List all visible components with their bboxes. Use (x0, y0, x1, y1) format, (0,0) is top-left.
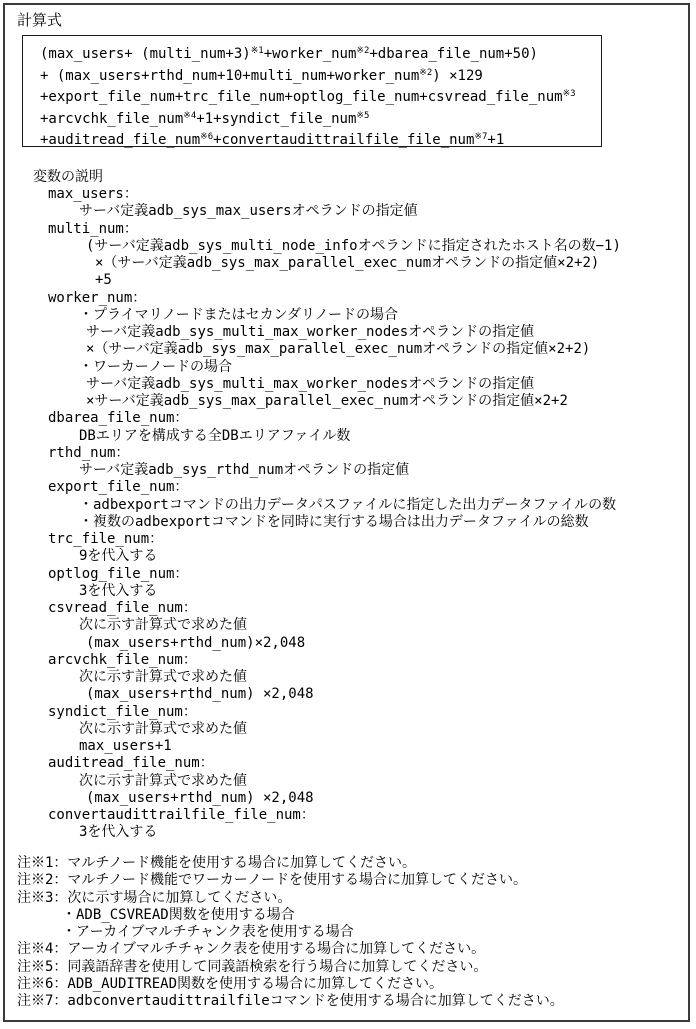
variable-line: 次に示す計算式で求めた値 (0, 773, 696, 790)
note-line: 注※6：ADB_AUDITREAD関数を使用する場合に加算してください。 (0, 976, 696, 993)
page-title: 計算式 (17, 9, 62, 30)
footnote-marker: ※3 (563, 89, 576, 99)
variable-line: 9を代入する (0, 548, 696, 565)
variable-line: (サーバ定義adb_sys_multi_node_infoオペランドに指定された… (0, 238, 696, 255)
footnote-marker: ※1 (251, 46, 264, 56)
formula-text: +export_file_num+trc_file_num+optlog_fil… (40, 89, 563, 105)
variable-line: (max_users+rthd_num) ×2,048 (0, 790, 696, 807)
variable-line: csvread_file_num： (0, 600, 696, 617)
variable-line: export_file_num： (0, 479, 696, 496)
variable-line: 次に示す計算式で求めた値 (0, 721, 696, 738)
variables-list: max_users：サーバ定義adb_sys_max_usersオペランドの指定… (0, 186, 696, 842)
footnote-marker: ※2 (356, 46, 369, 56)
variable-line: 次に示す計算式で求めた値 (0, 669, 696, 686)
formula-line: (max_users+ (multi_num+3)※1+worker_num※2… (40, 45, 601, 67)
variable-line: サーバ定義adb_sys_max_usersオペランドの指定値 (0, 203, 696, 220)
variables-heading: 変数の説明 (33, 166, 103, 186)
variable-line: trc_file_num： (0, 531, 696, 548)
variable-line: サーバ定義adb_sys_multi_max_worker_nodesオペランド… (0, 376, 696, 393)
formula-text: +convertaudittrailfile_file_num (213, 132, 474, 148)
notes-list: 注※1：マルチノード機能を使用する場合に加算してください。注※2：マルチノード機… (0, 855, 696, 1010)
footnote-marker: ※7 (474, 132, 487, 142)
variable-line: worker_num： (0, 290, 696, 307)
formula-text: +auditread_file_num (40, 132, 200, 148)
variable-line: ・プライマリノードまたはセカンダリノードの場合 (0, 307, 696, 324)
formula-line: +auditread_file_num※6+convertaudittrailf… (40, 131, 601, 153)
formula-text: + (max_users+rthd_num+10+multi_num+worke… (40, 68, 419, 84)
note-line: 注※3：次に示す場合に加算してください。 (0, 890, 696, 907)
formula-line: +arcvchk_file_num※4+1+syndict_file_num※5 (40, 110, 601, 132)
variable-line: convertaudittrailfile_file_num： (0, 807, 696, 824)
formula-text: ) ×129 (432, 68, 483, 84)
variable-line: max_users+1 (0, 738, 696, 755)
variable-line: 次に示す計算式で求めた値 (0, 617, 696, 634)
document-page: 計算式 (max_users+ (multi_num+3)※1+worker_n… (0, 0, 696, 1029)
note-line: 注※1：マルチノード機能を使用する場合に加算してください。 (0, 855, 696, 872)
variable-line: optlog_file_num： (0, 566, 696, 583)
variable-line: サーバ定義adb_sys_rthd_numオペランドの指定値 (0, 462, 696, 479)
formula-text: (max_users+ (multi_num+3) (40, 46, 251, 62)
footnote-marker: ※4 (183, 111, 196, 121)
formula-line: +export_file_num+trc_file_num+optlog_fil… (40, 88, 601, 110)
note-line: 注※5：同義語辞書を使用して同義語検索を行う場合に加算してください。 (0, 959, 696, 976)
variable-line: DBエリアを構成する全DBエリアファイル数 (0, 428, 696, 445)
variable-line: ・ワーカーノードの場合 (0, 359, 696, 376)
variable-line: ・複数のadbexportコマンドを同時に実行する場合は出力データファイルの総数 (0, 514, 696, 531)
note-line: 注※2：マルチノード機能でワーカーノードを使用する場合に加算してください。 (0, 872, 696, 889)
formula-line: + (max_users+rthd_num+10+multi_num+worke… (40, 67, 601, 89)
note-line: 注※4：アーカイブマルチチャンク表を使用する場合に加算してください。 (0, 941, 696, 958)
variable-line: 3を代入する (0, 583, 696, 600)
footnote-marker: ※2 (419, 68, 432, 78)
variable-line: ×（サーバ定義adb_sys_max_parallel_exec_numオペラン… (0, 255, 696, 272)
variable-line: ×サーバ定義adb_sys_max_parallel_exec_numオペランド… (0, 393, 696, 410)
footnote-marker: ※5 (356, 111, 369, 121)
formula-text: +worker_num (264, 46, 357, 62)
variable-line: dbarea_file_num： (0, 410, 696, 427)
formula-text: +arcvchk_file_num (40, 111, 183, 127)
variable-line: 3を代入する (0, 824, 696, 841)
variable-line: rthd_num： (0, 445, 696, 462)
variable-line: サーバ定義adb_sys_multi_max_worker_nodesオペランド… (0, 324, 696, 341)
variable-line: max_users： (0, 186, 696, 203)
variable-line: multi_num： (0, 221, 696, 238)
variable-line: +5 (0, 272, 696, 289)
variable-line: arcvchk_file_num： (0, 652, 696, 669)
variable-line: ×（サーバ定義adb_sys_max_parallel_exec_numオペラン… (0, 341, 696, 358)
formula-box: (max_users+ (multi_num+3)※1+worker_num※2… (22, 35, 602, 147)
formula-text: +1+syndict_file_num (196, 111, 356, 127)
variable-line: auditread_file_num： (0, 755, 696, 772)
note-line: ・アーカイブマルチチャンク表を使用する場合 (0, 924, 696, 941)
footnote-marker: ※6 (200, 132, 213, 142)
note-line: ・ADB_CSVREAD関数を使用する場合 (0, 907, 696, 924)
formula-text: +dbarea_file_num+50) (369, 46, 538, 62)
variable-line: (max_users+rthd_num)×2,048 (0, 635, 696, 652)
variable-line: ・adbexportコマンドの出力データパスファイルに指定した出力データファイル… (0, 497, 696, 514)
formula-text: +1 (487, 132, 504, 148)
note-line: 注※7：adbconvertaudittrailfileコマンドを使用する場合に… (0, 993, 696, 1010)
variable-line: syndict_file_num： (0, 704, 696, 721)
variable-line: (max_users+rthd_num) ×2,048 (0, 686, 696, 703)
